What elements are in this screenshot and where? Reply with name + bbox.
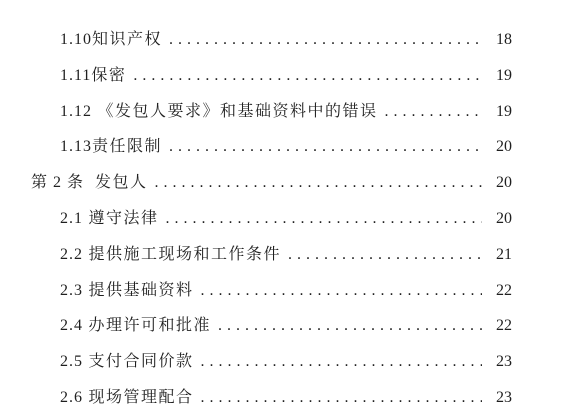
entry-number: 1.11 [60, 58, 91, 94]
entry-page-number: 19 [482, 58, 512, 94]
toc-entry: 1.11 保密 ................................… [0, 58, 569, 94]
dot-leader: ........................................… [148, 165, 482, 201]
toc-entry: 2.6 现场管理配合 .............................… [0, 380, 569, 416]
toc-entry: 1.12 《发包人要求》和基础资料中的错误 ..................… [0, 94, 569, 130]
entry-title: 发包人 [84, 165, 148, 201]
dot-leader: ........................................… [159, 201, 482, 237]
entry-title: 责任限制 [92, 129, 162, 165]
entry-title: 支付合同价款 [83, 344, 194, 380]
dot-leader: ........................................… [378, 94, 482, 130]
toc-entry: 1.13 责任限制 ..............................… [0, 129, 569, 165]
entry-number: 第 2 条 [31, 165, 84, 201]
entry-page-number: 22 [482, 308, 512, 344]
entry-number: 2.6 [60, 380, 83, 416]
document-page: 1.10 知识产权 ..............................… [0, 0, 569, 419]
dot-leader: ........................................… [162, 22, 482, 58]
entry-title: 办理许可和批准 [83, 308, 211, 344]
entry-number: 2.4 [60, 308, 83, 344]
dot-leader: ........................................… [126, 58, 482, 94]
dot-leader: ........................................… [281, 237, 482, 273]
toc-entry: 2.3 提供基础资料 .............................… [0, 273, 569, 309]
toc-entry: 2.4 办理许可和批准 ............................… [0, 308, 569, 344]
dot-leader: ........................................… [194, 380, 482, 416]
toc-entry: 2.5 支付合同价款 .............................… [0, 344, 569, 380]
toc-chapter-entry: 第 2 条 发包人 ..............................… [0, 165, 569, 201]
entry-number: 1.10 [60, 22, 92, 58]
entry-number: 2.3 [60, 273, 83, 309]
entry-number: 1.13 [60, 129, 92, 165]
entry-page-number: 18 [482, 22, 512, 58]
entry-page-number: 23 [482, 380, 512, 416]
entry-number: 2.1 [60, 201, 83, 237]
entry-number: 2.5 [60, 344, 83, 380]
entry-number: 1.12 [60, 94, 92, 130]
entry-title: 遵守法律 [83, 201, 159, 237]
entry-page-number: 20 [482, 201, 512, 237]
dot-leader: ........................................… [194, 344, 482, 380]
entry-title: 提供施工现场和工作条件 [83, 237, 281, 273]
toc-entry: 1.10 知识产权 ..............................… [0, 22, 569, 58]
toc-entry: 2.2 提供施工现场和工作条件 ........................… [0, 237, 569, 273]
entry-title: 《发包人要求》和基础资料中的错误 [92, 94, 378, 130]
entry-page-number: 20 [482, 165, 512, 201]
entry-page-number: 23 [482, 344, 512, 380]
entry-page-number: 20 [482, 129, 512, 165]
table-of-contents: 1.10 知识产权 ..............................… [0, 22, 569, 416]
entry-page-number: 19 [482, 94, 512, 130]
entry-number: 2.2 [60, 237, 83, 273]
entry-title: 现场管理配合 [83, 380, 194, 416]
entry-title: 提供基础资料 [83, 273, 194, 309]
entry-page-number: 21 [482, 237, 512, 273]
entry-title: 保密 [91, 58, 126, 94]
toc-entry: 2.1 遵守法律 ...............................… [0, 201, 569, 237]
entry-title: 知识产权 [92, 22, 162, 58]
entry-page-number: 22 [482, 273, 512, 309]
dot-leader: ........................................… [211, 308, 482, 344]
dot-leader: ........................................… [162, 129, 482, 165]
dot-leader: ........................................… [194, 273, 482, 309]
